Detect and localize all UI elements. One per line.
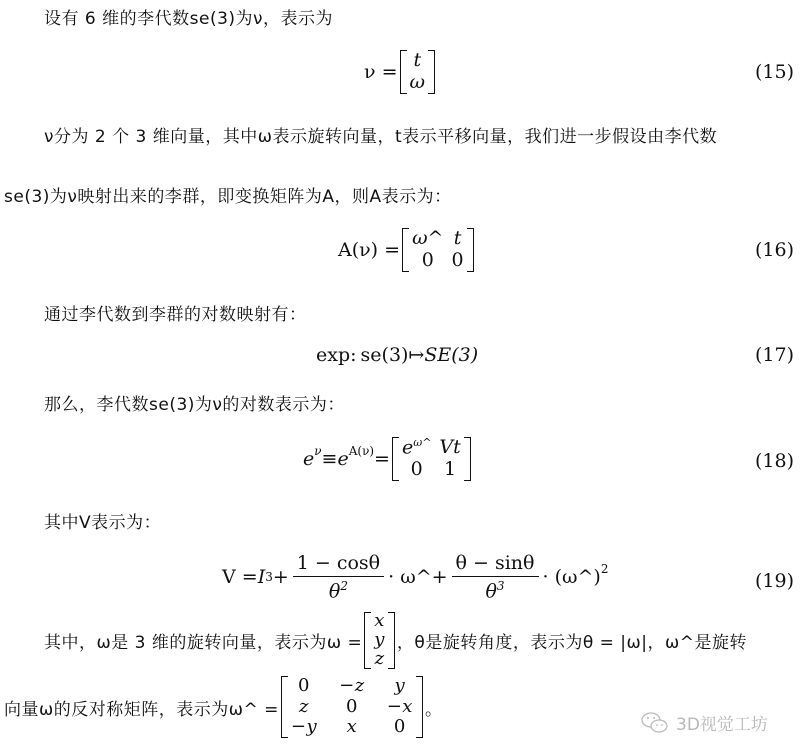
- eq17-arrow: ↦: [408, 344, 424, 366]
- p6-line2-prefix: 向量ω的反对称矩阵，表示为ω^ =: [4, 695, 279, 720]
- paragraph-V-definition: 其中V表示为：: [44, 508, 161, 533]
- eq16-lhs: A(ν) =: [338, 239, 400, 261]
- matrix-cell: y: [374, 631, 385, 650]
- eq18-equiv: ≡: [322, 448, 338, 470]
- matrix-cell: 1: [439, 459, 460, 481]
- matrix-cell: 0: [412, 250, 443, 272]
- eq17-SE3: SE(3): [424, 344, 478, 366]
- matrix-cell: eω^: [402, 437, 431, 459]
- eq19-plus: +: [432, 566, 448, 588]
- eq19-term-1: · ω^: [388, 566, 432, 588]
- matrix-cell: t: [410, 50, 426, 72]
- matrix-cell: x: [339, 717, 365, 738]
- eq18-equals: =: [374, 448, 390, 470]
- eq19-term-2-sup: 2: [601, 562, 609, 576]
- eq17-exp: exp:: [316, 344, 357, 366]
- matrix-cell: −z: [339, 676, 365, 697]
- watermark: 3D视觉工坊: [640, 710, 768, 735]
- eq19-plus: +: [273, 566, 289, 588]
- equation-number-19: (19): [755, 570, 794, 592]
- matrix-cell: z: [291, 697, 317, 718]
- eq18-e2: e: [337, 448, 348, 470]
- matrix-cell: 0: [451, 250, 463, 272]
- equation-number-16: (16): [755, 239, 794, 261]
- eq16-matrix: ω^ t 0 0: [402, 228, 474, 272]
- matrix-cell: 0: [291, 676, 317, 697]
- p6-prefix: 其中，ω是 3 维的旋转向量，表示为ω =: [44, 628, 362, 653]
- matrix-cell: ω: [410, 72, 426, 94]
- p6-line2-suffix: 。: [425, 695, 443, 720]
- equation-16: A(ν) = ω^ t 0 0: [338, 228, 476, 272]
- matrix-cell: y: [387, 676, 413, 697]
- equation-19: V = I3 + 1 − cosθ θ2 · ω^ + θ − sinθ θ3 …: [222, 552, 608, 602]
- equation-number-15: (15): [755, 61, 794, 83]
- matrix-cell: 0: [387, 717, 413, 738]
- eq19-identity: I: [258, 566, 266, 588]
- eq15-matrix: t ω: [400, 50, 436, 94]
- paragraph-log-map: 通过李代数到李群的对数映射有：: [44, 300, 307, 325]
- matrix-cell: −x: [387, 697, 413, 718]
- eq17-se3: se(3): [361, 344, 409, 366]
- eq19-lhs: V =: [222, 566, 258, 588]
- p6-suffix: ，θ是旋转角度，表示为θ = |ω|，ω^是旋转: [397, 628, 747, 653]
- eq15-lhs: ν =: [364, 61, 398, 83]
- paragraph-log-representation: 那么，李代数se(3)为ν的对数表示为：: [44, 390, 345, 415]
- paragraph-intro: 设有 6 维的李代数se(3)为ν，表示为: [44, 4, 333, 29]
- eq18-matrix: eω^ Vt 0 1: [392, 437, 471, 481]
- paragraph-vector-split-line2: se(3)为ν映射出来的李群，即变换矩阵为A，则A表示为：: [4, 182, 452, 207]
- matrix-cell: −y: [291, 717, 317, 738]
- wechat-icon: [640, 711, 670, 735]
- eq18-e2-sup: A(ν): [349, 444, 374, 458]
- eq18-e: e: [303, 448, 314, 470]
- equation-number-18: (18): [755, 450, 794, 472]
- eq19-fraction-1: 1 − cosθ θ2: [293, 552, 384, 602]
- paragraph-omega-line1: 其中，ω是 3 维的旋转向量，表示为ω = x y z ，θ是旋转角度，表示为θ…: [44, 612, 747, 669]
- equation-17: exp: se(3) ↦ SE(3): [316, 344, 478, 366]
- eq19-fraction-2: θ − sinθ θ3: [452, 552, 539, 602]
- eq18-e-sup: ν: [314, 444, 321, 458]
- paragraph-vector-split-line1: ν分为 2 个 3 维向量，其中ω表示旋转向量，t表示平移向量，我们进一步假设由…: [44, 122, 717, 147]
- eq19-identity-sub: 3: [265, 570, 273, 584]
- matrix-cell: Vt: [439, 437, 460, 459]
- eq19-term-2: · (ω^): [543, 566, 601, 588]
- watermark-text: 3D视觉工坊: [676, 710, 768, 735]
- equation-number-17: (17): [755, 344, 794, 366]
- paragraph-omega-line2: 向量ω的反对称矩阵，表示为ω^ = 0 −z y z 0 −x −y x 0 。: [4, 676, 442, 738]
- matrix-cell: 0: [402, 459, 431, 481]
- matrix-cell: 0: [339, 697, 365, 718]
- omega-vector: x y z: [364, 612, 395, 669]
- matrix-cell: t: [451, 228, 463, 250]
- matrix-cell: ω^: [412, 228, 443, 250]
- matrix-cell: z: [374, 650, 385, 669]
- equation-15: ν = t ω: [364, 50, 437, 94]
- omega-hat-matrix: 0 −z y z 0 −x −y x 0: [281, 676, 423, 738]
- equation-18: eν ≡ eA(ν) = eω^ Vt 0 1: [303, 437, 473, 481]
